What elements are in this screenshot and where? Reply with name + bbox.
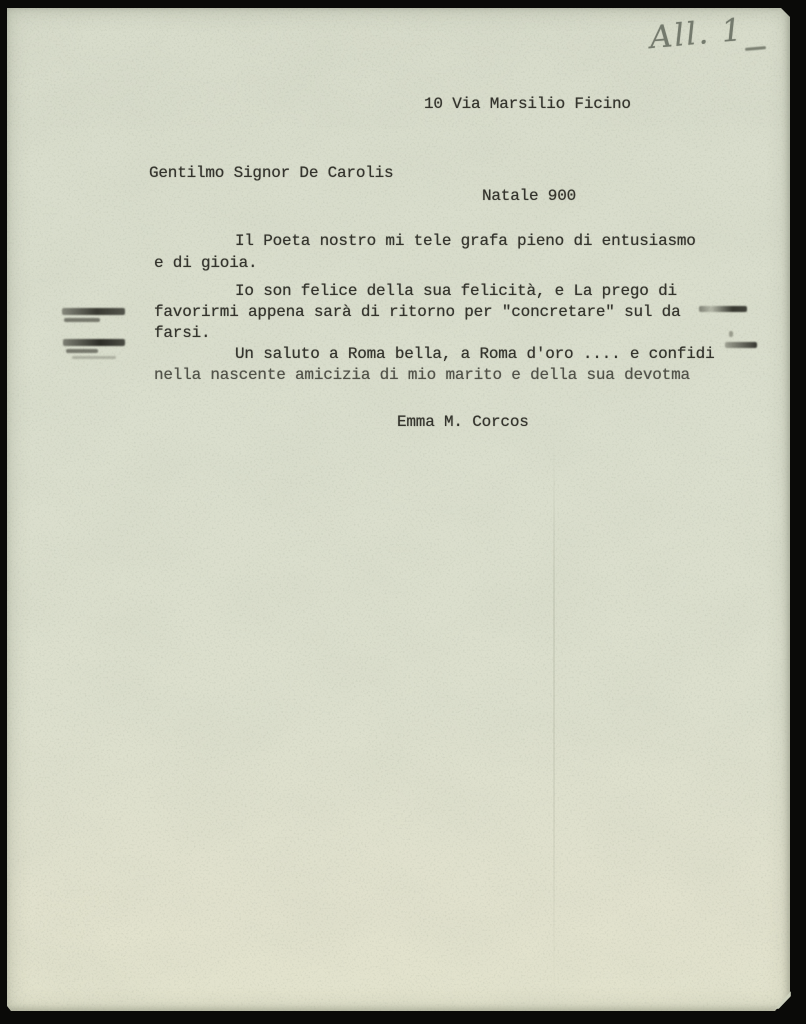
ink-smudge-right-2	[725, 342, 757, 348]
body-line: nella nascente amicizia di mio marito e …	[154, 365, 690, 386]
salutation: Gentilmo Signor De Carolis	[149, 163, 393, 184]
ink-smudge-left-2c	[72, 356, 116, 359]
body-line: Io son felice della sua felicità, e La p…	[154, 281, 677, 302]
ink-smudge-left-1b	[64, 318, 100, 322]
sender-address: 10 Via Marsilio Ficino	[424, 94, 631, 115]
ink-smudge-left-2	[63, 339, 125, 346]
paper-crease	[553, 430, 555, 1000]
ink-smudge-left-2b	[66, 349, 98, 353]
body-line: favorirmi appena sarà di ritorno per "co…	[154, 302, 681, 323]
body-line: Il Poeta nostro mi tele grafa pieno di e…	[154, 231, 696, 252]
ink-smudge-left-1	[62, 308, 125, 315]
ink-smudge-right-2b	[729, 331, 733, 337]
scanned-letter-page: All. 1 10 Via Marsilio Ficino Gentilmo S…	[0, 0, 806, 1024]
body-line: Un saluto a Roma bella, a Roma d'oro ...…	[154, 344, 714, 365]
paper-sheet	[7, 8, 790, 1011]
body-line: e di gioia.	[154, 253, 257, 274]
body-line: farsi.	[154, 323, 210, 344]
signature: Emma M. Corcos	[397, 412, 529, 433]
ink-smudge-right-1	[699, 306, 747, 312]
dateline: Natale 900	[482, 186, 576, 207]
